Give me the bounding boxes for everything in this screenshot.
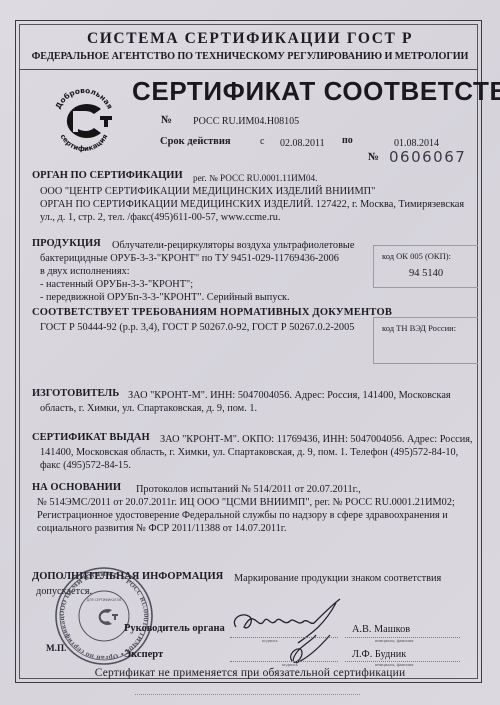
head-name: А.В. Машков [352, 624, 410, 635]
certification-body-line: ОРГАН ПО СЕРТИФИКАЦИИ МЕДИЦИНСКИХ ИЗДЕЛИ… [40, 199, 464, 210]
validity-to-prefix: по [342, 135, 353, 146]
expert-role-label: Эксперт [124, 649, 163, 660]
certification-body-line: ул., д. 1, стр. 2, тел. /факс(495)611-00… [40, 212, 280, 223]
issued-to-label: СЕРТИФИКАТ ВЫДАН [32, 432, 150, 443]
certification-body-line: ООО "ЦЕНТР СЕРТИФИКАЦИИ МЕДИЦИНСКИХ ИЗДЕ… [40, 186, 375, 197]
product-line: Облучатели-рециркуляторы воздуха ультраф… [112, 240, 354, 251]
basis-label: НА ОСНОВАНИИ [32, 482, 121, 493]
issued-to-line: ЗАО "КРОНТ-М". ОКПО: 11769436, ИНН: 5047… [160, 434, 473, 445]
certification-body-label: ОРГАН ПО СЕРТИФИКАЦИИ [32, 170, 183, 181]
basis-line: социального развития № ФСР 2011/11388 от… [37, 523, 286, 534]
basis-line: № 514ЭМС/2011 от 20.07.2011г. ИЦ ООО "ЦС… [37, 497, 455, 508]
number-symbol: № [161, 114, 172, 126]
certificate-title: СЕРТИФИКАТ СООТВЕТСТВИЯ [132, 76, 500, 107]
standards-line: ГОСТ Р 50444-92 (р.р. 3,4), ГОСТ Р 50267… [40, 322, 354, 333]
validity-label: Срок действия [160, 136, 231, 147]
issued-to-line: 141400, Московская область, г. Химки, ул… [40, 447, 458, 458]
tnved-code-box: код ТН ВЭД России: [373, 317, 478, 364]
certification-body-reg: рег. № РОСС RU.0001.11ИМ04. [193, 173, 317, 183]
product-line: - передвижной ОРУБп-3-3-"КРОНТ". Серийны… [40, 292, 290, 303]
basis-line: Регистрационное удостоверение Федерально… [37, 510, 448, 521]
rst-logo-icon: Добровольная сертификация [48, 85, 120, 157]
agency-name: ФЕДЕРАЛЬНОЕ АГЕНТСТВО ПО ТЕХНИЧЕСКОМУ РЕ… [0, 51, 500, 62]
manufacturer-line: область, г. Химки, ул. Спартаковская, д.… [40, 403, 257, 414]
footer-note: Сертификат не применяется при обязательн… [0, 667, 500, 679]
tnved-code-label: код ТН ВЭД России: [382, 323, 456, 333]
issued-to-line: факс (495)572-84-15. [40, 460, 131, 471]
product-label: ПРОДУКЦИЯ [32, 238, 101, 249]
product-line: - настенный ОРУБн-3-3-"КРОНТ"; [40, 279, 193, 290]
svg-text:ДЛЯ СЕРТИФИКАТОВ: ДЛЯ СЕРТИФИКАТОВ [87, 598, 122, 602]
additional-info-line: Маркирование продукции знаком соответств… [234, 573, 441, 584]
okp-code-label: код ОК 005 (ОКП): [382, 251, 451, 261]
system-title: СИСТЕМА СЕРТИФИКАЦИИ ГОСТ Р [0, 30, 500, 48]
certificate-number: РОСС RU.ИМ04.Н08105 [193, 116, 299, 127]
validity-from-prefix: с [260, 136, 264, 147]
header-divider [19, 69, 478, 70]
head-role-label: Руководитель органа [124, 623, 225, 634]
basis-line: Протоколов испытаний № 514/2011 от 20.07… [136, 484, 361, 495]
valid-from-date: 02.08.2011 [280, 138, 325, 149]
stamp-mp-label: М.П. [46, 643, 66, 653]
serial-number: 0606067 [389, 148, 466, 166]
serial-symbol: № [368, 151, 379, 163]
head-name-caption: инициалы, фамилия [375, 638, 414, 643]
okp-code-value: 94 5140 [374, 268, 478, 279]
manufacturer-line: ЗАО "КРОНТ-М". ИНН: 5047004056. Адрес: Р… [128, 390, 451, 401]
standards-label: СООТВЕТСТВУЕТ ТРЕБОВАНИЯМ НОРМАТИВНЫХ ДО… [32, 307, 392, 318]
printer-microprint [135, 694, 360, 697]
manufacturer-label: ИЗГОТОВИТЕЛЬ [32, 388, 119, 399]
expert-name: Л.Ф. Будник [352, 649, 406, 660]
product-line: бактерицидные ОРУБ-3-3-"КРОНТ" по ТУ 945… [40, 253, 339, 264]
okp-code-box: код ОК 005 (ОКП): 94 5140 [373, 245, 478, 288]
product-line: в двух исполнениях: [40, 266, 130, 277]
